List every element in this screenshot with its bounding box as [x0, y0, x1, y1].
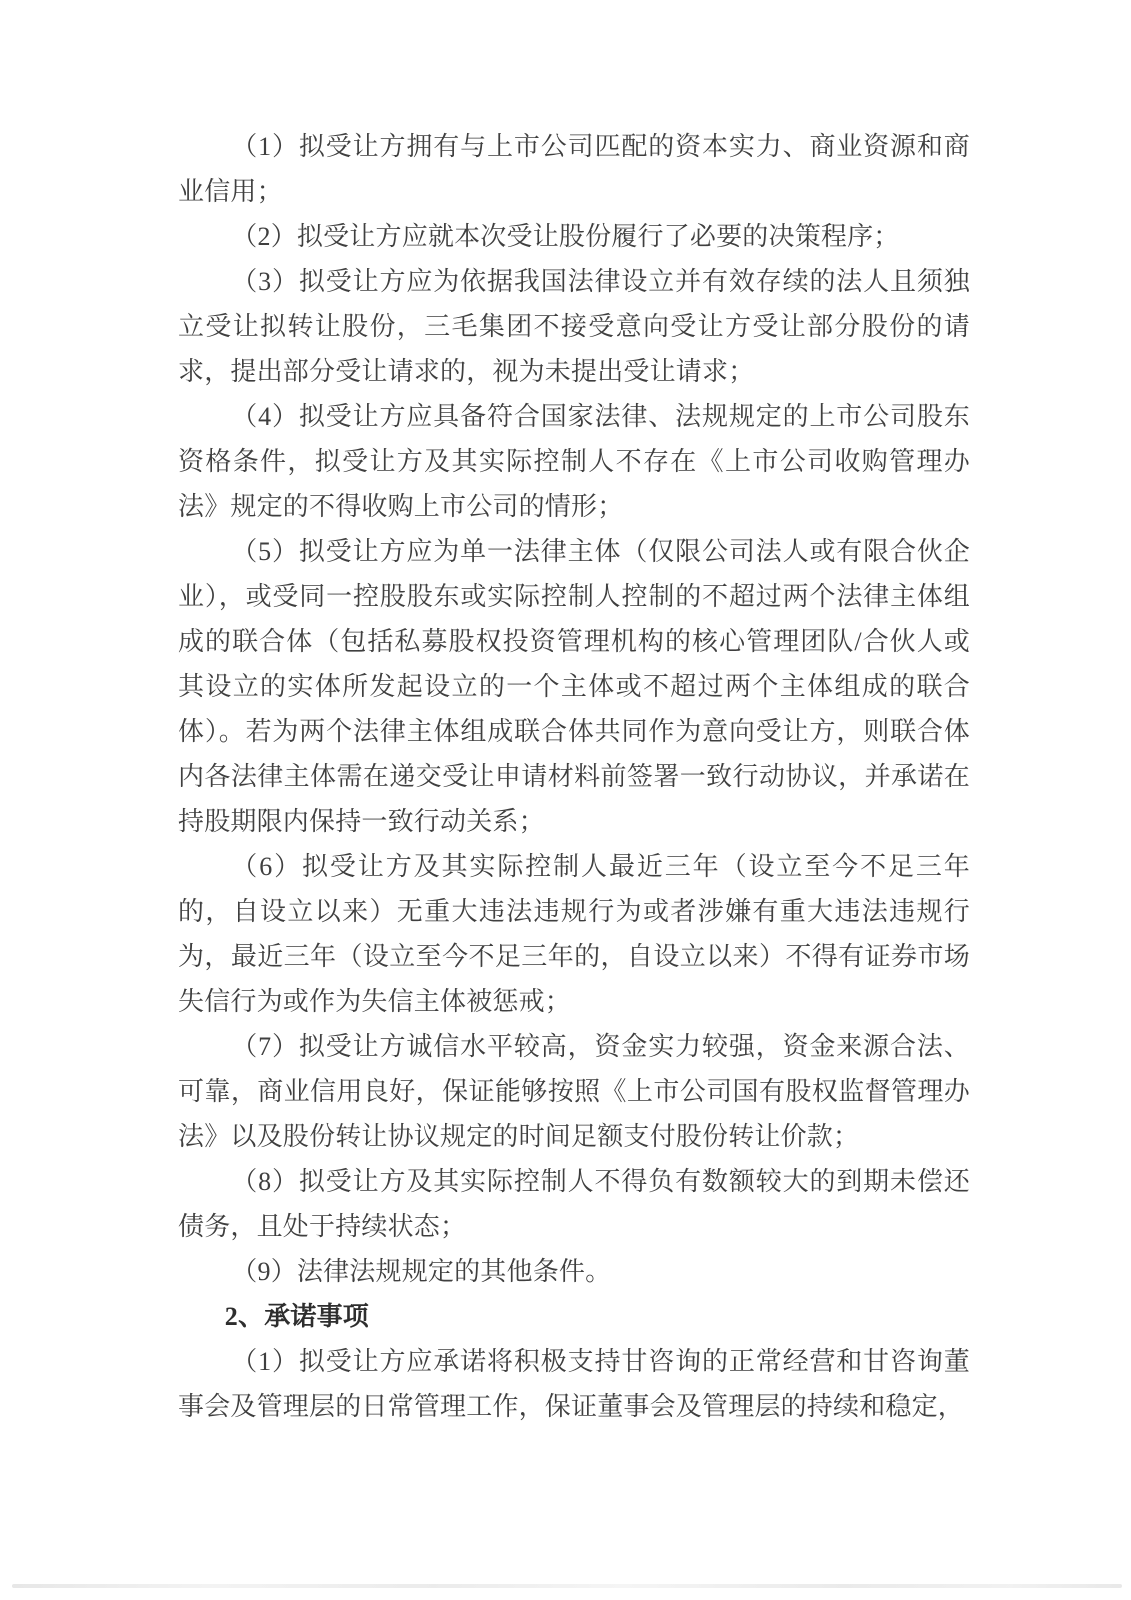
condition-paragraph-6: （6）拟受让方及其实际控制人最近三年（设立至今不足三年的，自设立以来）无重大违法… — [178, 844, 970, 1024]
condition-paragraph-1: （1）拟受让方拥有与上市公司匹配的资本实力、商业资源和商业信用； — [178, 124, 970, 214]
document-text-block: （1）拟受让方拥有与上市公司匹配的资本实力、商业资源和商业信用； （2）拟受让方… — [178, 124, 970, 1429]
condition-paragraph-9: （9）法律法规规定的其他条件。 — [178, 1249, 970, 1294]
commitment-paragraph-1: （1）拟受让方应承诺将积极支持甘咨询的正常经营和甘咨询董事会及管理层的日常管理工… — [178, 1339, 970, 1429]
condition-paragraph-8: （8）拟受让方及其实际控制人不得负有数额较大的到期未偿还债务，且处于持续状态； — [178, 1159, 970, 1249]
condition-paragraph-7: （7）拟受让方诚信水平较高，资金实力较强，资金来源合法、可靠，商业信用良好，保证… — [178, 1024, 970, 1159]
condition-paragraph-2: （2）拟受让方应就本次受让股份履行了必要的决策程序； — [178, 214, 970, 259]
condition-paragraph-5: （5）拟受让方应为单一法律主体（仅限公司法人或有限合伙企业），或受同一控股股东或… — [178, 529, 970, 844]
section-heading-commitments: 2、承诺事项 — [178, 1294, 970, 1339]
condition-paragraph-3: （3）拟受让方应为依据我国法律设立并有效存续的法人且须独立受让拟转让股份，三毛集… — [178, 259, 970, 394]
condition-paragraph-4: （4）拟受让方应具备符合国家法律、法规规定的上市公司股东资格条件，拟受让方及其实… — [178, 394, 970, 529]
page-bottom-scan-edge — [12, 1584, 1122, 1588]
document-page: （1）拟受让方拥有与上市公司匹配的资本实力、商业资源和商业信用； （2）拟受让方… — [0, 0, 1131, 1600]
